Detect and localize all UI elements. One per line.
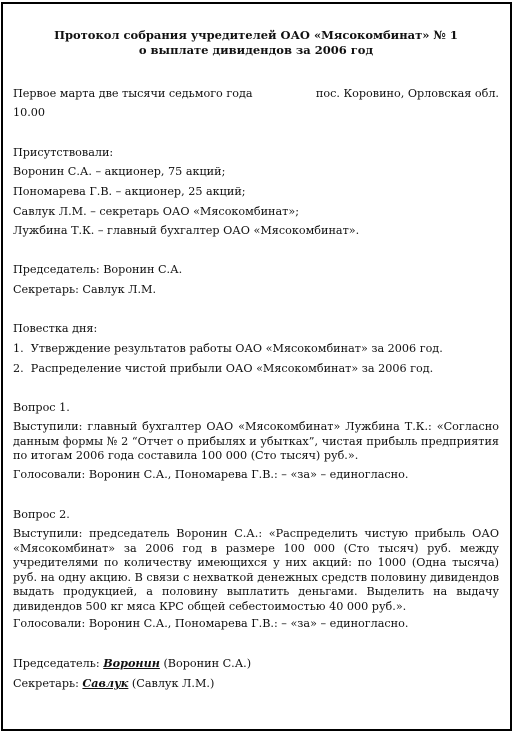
question-1-label: Вопрос 1.	[13, 401, 70, 415]
secretary-signature-label: Секретарь:	[13, 677, 79, 690]
meeting-time: 10.00	[13, 106, 45, 120]
secretary-signature: Савлук	[82, 676, 128, 690]
title-line-1: Протокол собрания учредителей ОАО «Мясок…	[13, 28, 499, 43]
chair-signature-line: Председатель: Воронин (Воронин С.А.)	[13, 656, 251, 671]
secretary-signature-line: Секретарь: Савлук (Савлук Л.М.)	[13, 676, 214, 691]
chair-signature: Воронин	[103, 656, 160, 670]
chair-signature-name: (Воронин С.А.)	[163, 657, 251, 670]
question-2-vote: Голосовали: Воронин С.А., Пономарева Г.В…	[13, 617, 408, 631]
question-2-label: Вопрос 2.	[13, 508, 70, 522]
question-2-speech: Выступили: председатель Воронин С.А.: «Р…	[13, 527, 499, 615]
meeting-place: пос. Коровино, Орловская обл.	[316, 87, 499, 101]
document-title: Протокол собрания учредителей ОАО «Мясок…	[13, 28, 499, 58]
secretary-signature-name: (Савлук Л.М.)	[132, 677, 214, 690]
secretary-line: Секретарь: Савлук Л.М.	[13, 283, 156, 297]
chair-signature-label: Председатель:	[13, 657, 100, 670]
present-member: Лужбина Т.К. – главный бухгалтер ОАО «Мя…	[13, 224, 359, 238]
present-label: Присутствовали:	[13, 146, 113, 160]
present-member: Савлук Л.М. – секретарь ОАО «Мясокомбина…	[13, 205, 299, 219]
chair-line: Председатель: Воронин С.А.	[13, 263, 182, 277]
present-member: Пономарева Г.В. – акционер, 25 акций;	[13, 185, 246, 199]
question-1-vote: Голосовали: Воронин С.А., Пономарева Г.В…	[13, 468, 408, 482]
agenda-label: Повестка дня:	[13, 322, 97, 336]
meeting-date: Первое марта две тысячи седьмого года	[13, 87, 253, 101]
agenda-item: 2. Распределение чистой прибыли ОАО «Мяс…	[13, 362, 433, 376]
question-1-speech: Выступили: главный бухгалтер ОАО «Мясоко…	[13, 420, 499, 464]
present-member: Воронин С.А. – акционер, 75 акций;	[13, 165, 225, 179]
title-line-2: о выплате дивидендов за 2006 год	[13, 43, 499, 58]
agenda-item: 1. Утверждение результатов работы ОАО «М…	[13, 342, 443, 356]
